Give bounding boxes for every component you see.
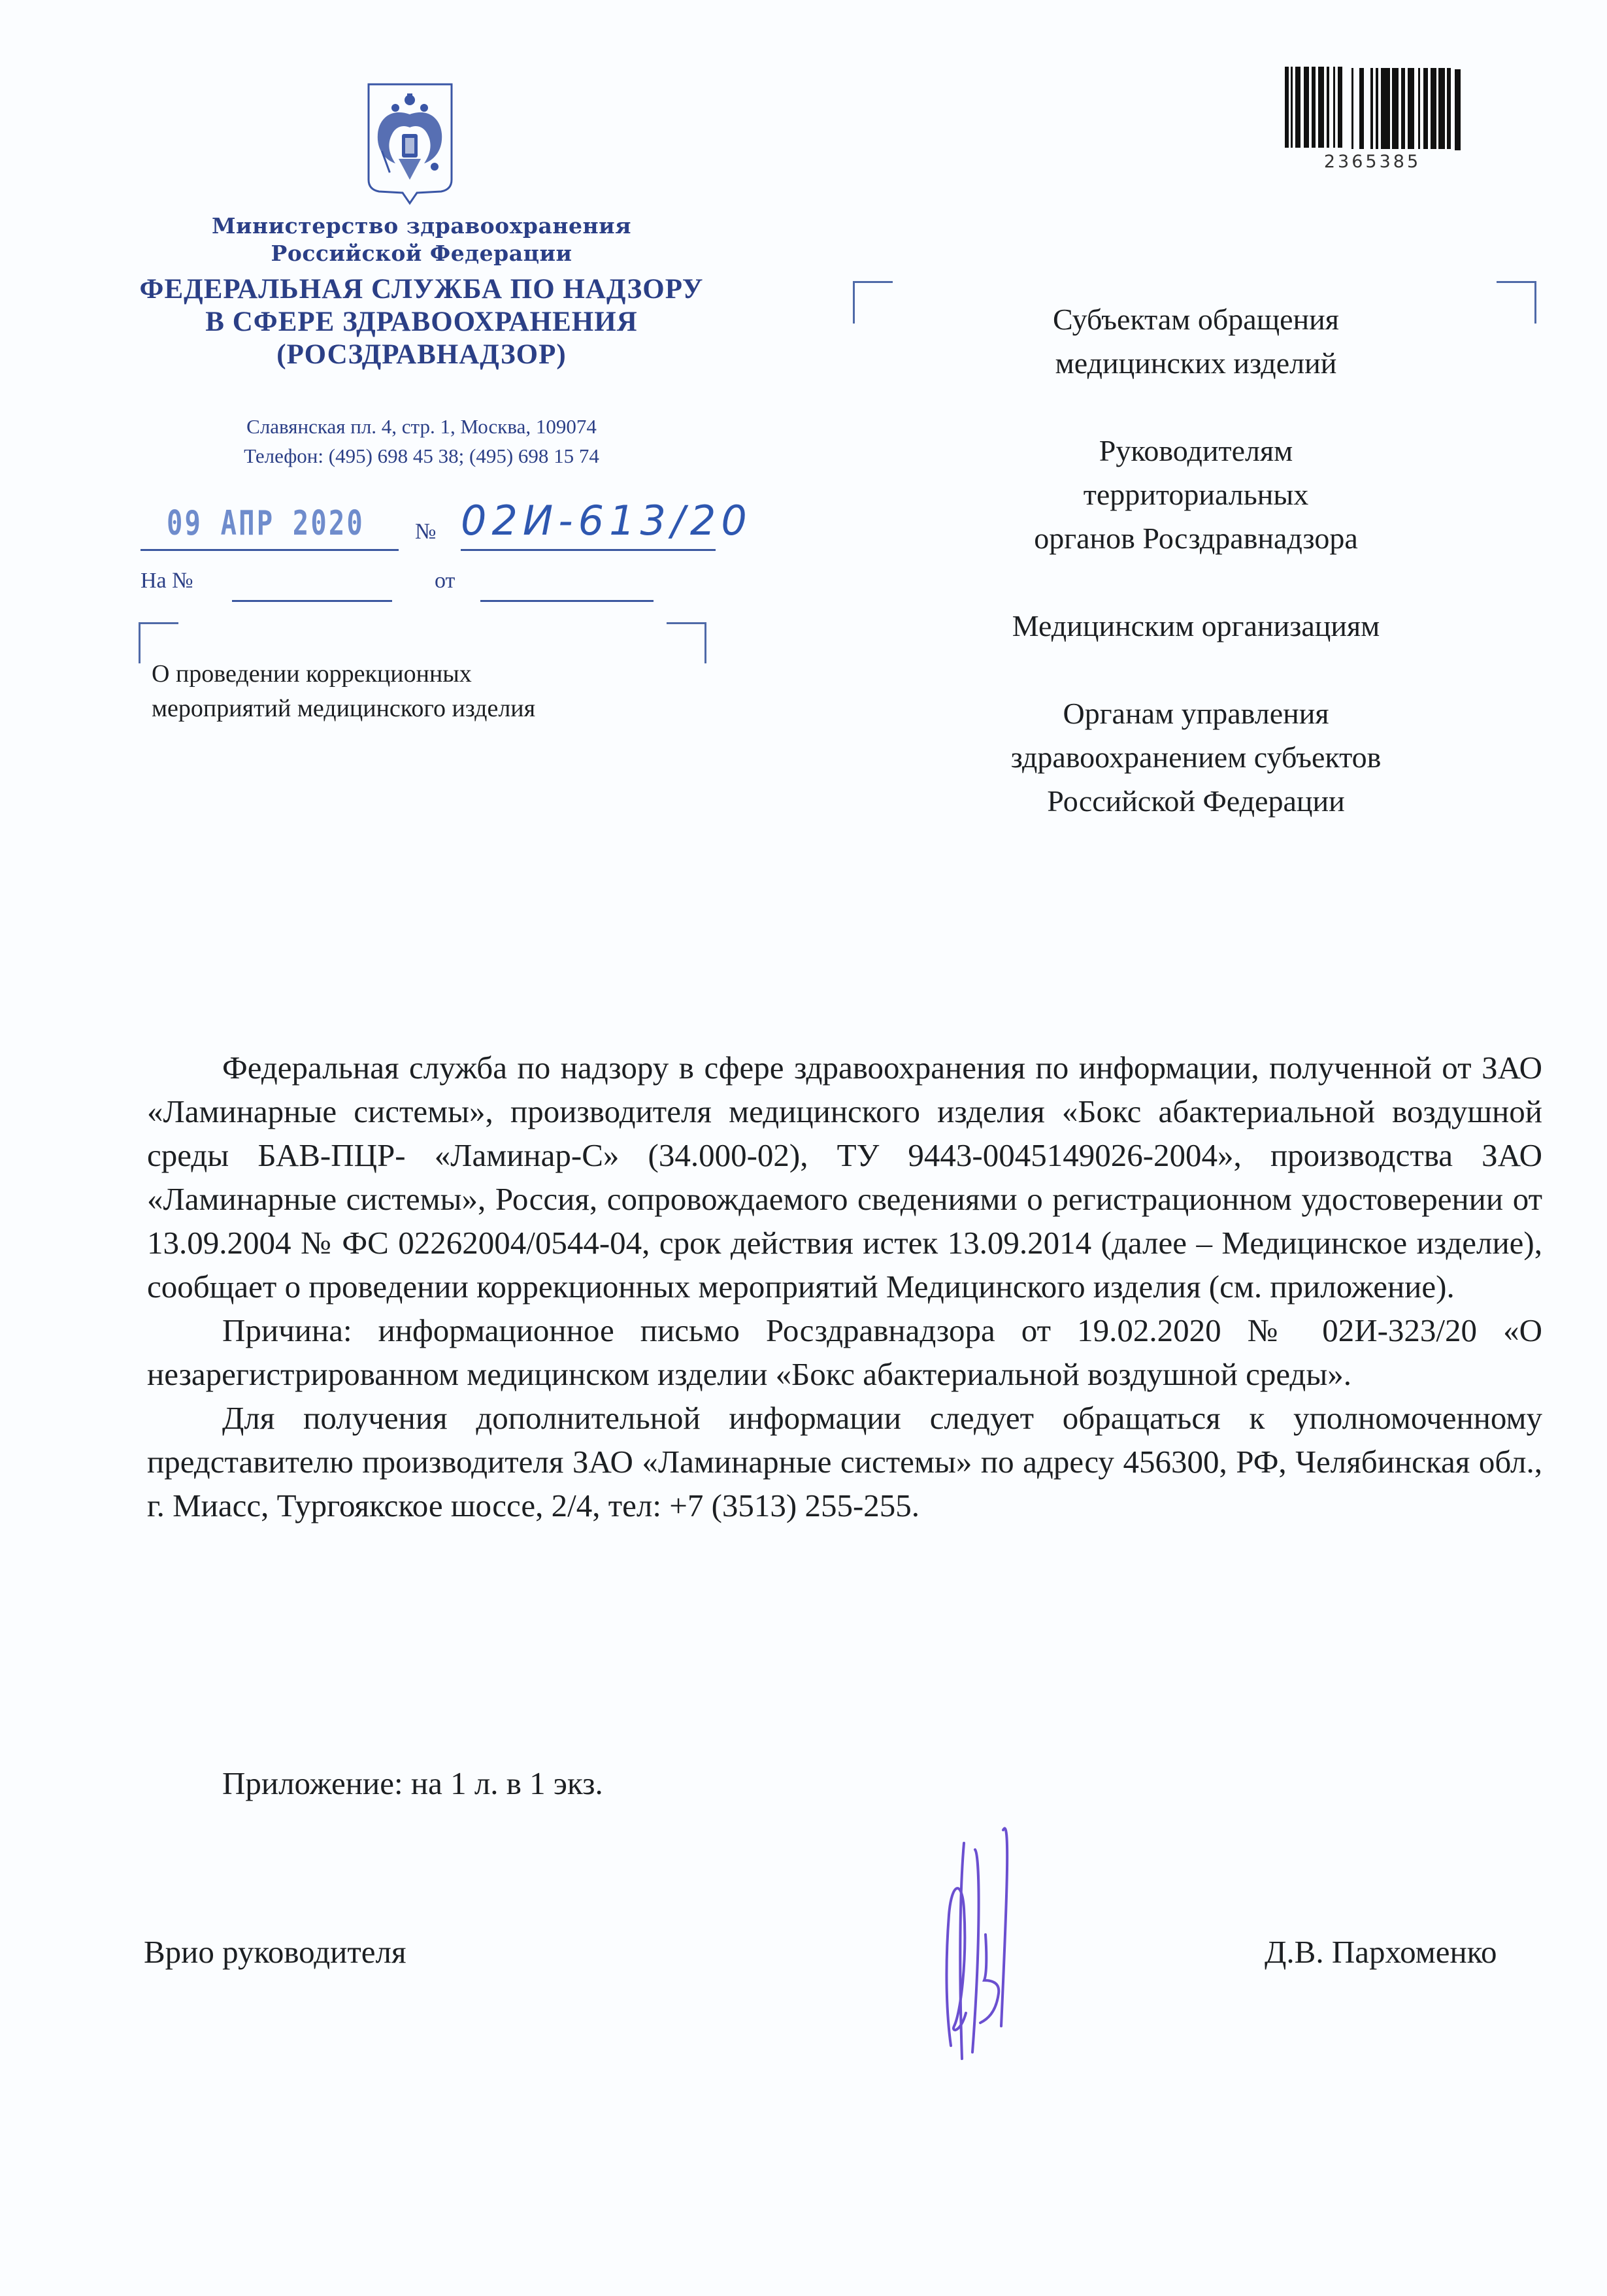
recipient-line: здравоохранением субъектов (902, 735, 1490, 779)
phone-line: Телефон: (495) 698 45 38; (495) 698 15 7… (163, 441, 680, 471)
recipient-group: Субъектам обращения медицинских изделий (902, 297, 1490, 385)
letterhead-address: Славянская пл. 4, стр. 1, Москва, 109074… (163, 412, 680, 471)
service-line: В СФЕРЕ ЗДРАВООХРАНЕНИЯ (118, 306, 725, 339)
ministry-line: Российской Федерации (196, 240, 647, 267)
reply-reference-row: На № от (141, 569, 729, 608)
recipient-group: Руководителям территориальных органов Ро… (902, 429, 1490, 560)
recipients-block: Субъектам обращения медицинских изделий … (902, 297, 1490, 867)
recipients-bracket-left (853, 281, 893, 324)
reply-to-field (232, 600, 392, 602)
reply-to-label: На № (141, 569, 193, 593)
letter-body: Федеральная служба по надзору в сфере зд… (147, 1046, 1542, 1527)
service-line: (РОСЗДРАВНАДЗОР) (118, 339, 725, 371)
body-paragraph: Федеральная служба по надзору в сфере зд… (147, 1046, 1542, 1308)
recipient-group: Органам управления здравоохранением субъ… (902, 691, 1490, 823)
recipient-line: медицинских изделий (902, 341, 1490, 385)
signatory-position: Врио руководителя (144, 1933, 406, 1971)
date-underline (141, 549, 399, 551)
address-line: Славянская пл. 4, стр. 1, Москва, 109074 (163, 412, 680, 441)
body-paragraph: Для получения дополнительной информации … (147, 1396, 1542, 1527)
ministry-name: Министерство здравоохранения Российской … (196, 212, 647, 267)
from-label: от (435, 569, 455, 593)
registration-row: 09 АПР 2020 № 02И-613/20 (141, 500, 794, 552)
recipient-group: Медицинским организациям (902, 604, 1490, 648)
date-stamp: 09 АПР 2020 (167, 504, 365, 543)
barcode-number: 2365385 (1281, 152, 1464, 172)
handwritten-signature-icon (889, 1817, 1085, 2065)
recipient-line: органов Росздравнадзора (902, 516, 1490, 560)
recipient-line: Медицинским организациям (902, 604, 1490, 648)
signatory-name: Д.В. Пархоменко (1265, 1933, 1497, 1971)
number-sign: № (415, 520, 436, 544)
body-paragraph: Причина: информационное письмо Росздравн… (147, 1308, 1542, 1396)
service-name: ФЕДЕРАЛЬНАЯ СЛУЖБА ПО НАДЗОРУ В СФЕРЕ ЗД… (118, 273, 725, 371)
letter-subject: О проведении коррекционных мероприятий м… (152, 657, 740, 726)
recipient-line: Российской Федерации (902, 779, 1490, 823)
recipient-line: Органам управления (902, 691, 1490, 735)
recipients-bracket-right (1497, 281, 1536, 324)
number-underline (461, 549, 716, 551)
russian-coat-of-arms-icon (366, 82, 454, 206)
attachment-note: Приложение: на 1 л. в 1 экз. (222, 1765, 603, 1802)
subject-line: мероприятий медицинского изделия (152, 691, 740, 726)
barcode-icon (1281, 65, 1464, 150)
recipient-line: Субъектам обращения (902, 297, 1490, 341)
recipient-line: Руководителям (902, 429, 1490, 473)
service-line: ФЕДЕРАЛЬНАЯ СЛУЖБА ПО НАДЗОРУ (118, 273, 725, 306)
from-date-field (480, 600, 654, 602)
ministry-line: Министерство здравоохранения (196, 212, 647, 240)
recipient-line: территориальных (902, 473, 1490, 516)
document-number: 02И-613/20 (461, 497, 752, 544)
subject-line: О проведении коррекционных (152, 657, 740, 691)
